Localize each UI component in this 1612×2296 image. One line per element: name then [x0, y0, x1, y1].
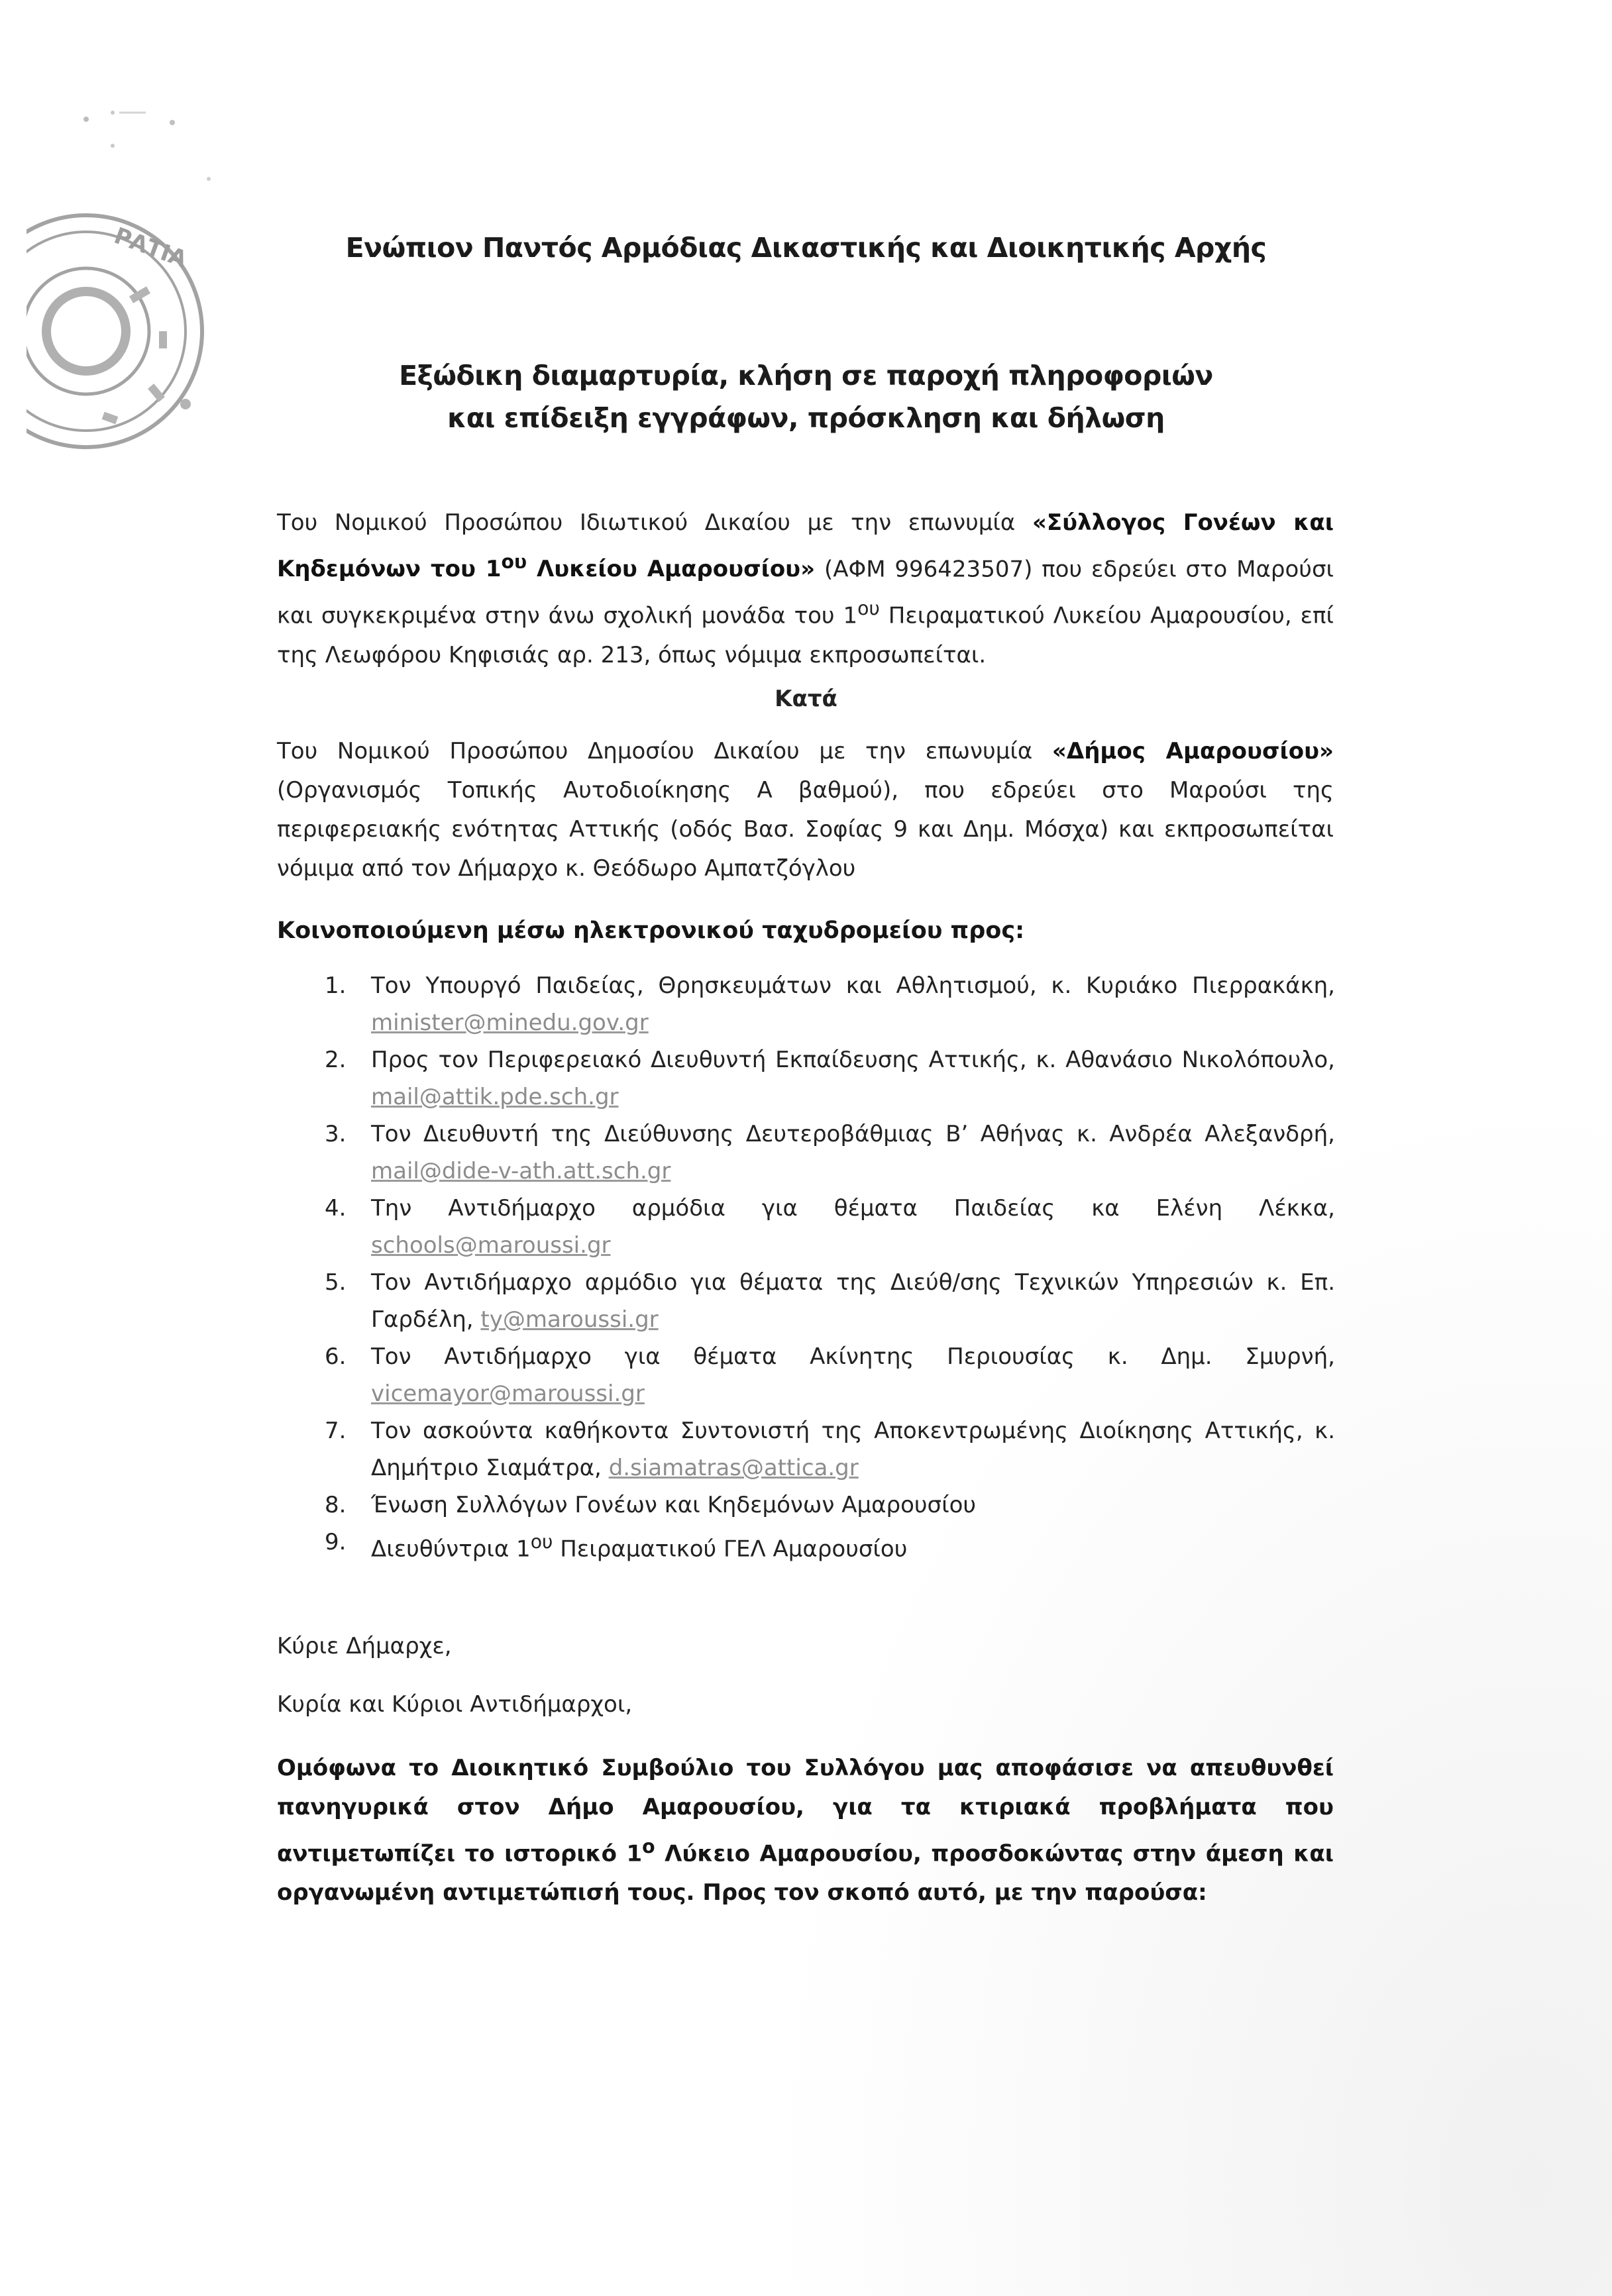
- recipient-item: 8.Ένωση Συλλόγων Γονέων και Κηδεμόνων Αμ…: [325, 1487, 1335, 1524]
- body-paragraph: Ομόφωνα το Διοικητικό Συμβούλιο του Συλλ…: [277, 1749, 1334, 1912]
- recipient-email-link[interactable]: vicemayor@maroussi.gr: [371, 1381, 645, 1407]
- recipient-item: 2.Προς τον Περιφερειακό Διευθυντή Εκπαίδ…: [325, 1041, 1335, 1116]
- superscript: ο: [642, 1836, 655, 1857]
- recipient-text: Διευθύντρια 1: [371, 1536, 531, 1562]
- heading-title-line-1: Εξώδικη διαμαρτυρία, κλήση σε παροχή πλη…: [0, 354, 1612, 397]
- salutation-mayor: Κύριε Δήμαρχε,: [277, 1633, 452, 1659]
- against-label: Κατά: [0, 686, 1612, 712]
- recipient-number: 8.: [325, 1487, 346, 1524]
- recipient-text: Ένωση Συλλόγων Γονέων και Κηδεμόνων Αμαρ…: [371, 1492, 976, 1518]
- defendant-post: (Οργανισμός Τοπικής Αυτοδιοίκησης Α βαθμ…: [277, 777, 1334, 882]
- recipient-number: 1.: [325, 967, 346, 1004]
- heading-authority: Ενώπιον Παντός Αρμόδιας Δικαστικής και Δ…: [0, 232, 1612, 264]
- plaintiff-paragraph: Του Νομικού Προσώπου Ιδιωτικού Δικαίου μ…: [277, 503, 1334, 675]
- defendant-pre: Του Νομικού Προσώπου Δημοσίου Δικαίου με…: [277, 738, 1052, 764]
- recipient-text: Τον Διευθυντή της Διεύθυνσης Δευτεροβάθμ…: [371, 1121, 1335, 1147]
- plaintiff-name-end: Λυκείου Αμαρουσίου»: [527, 556, 815, 582]
- recipient-text: Τον Αντιδήμαρχο για θέματα Ακίνητης Περι…: [371, 1343, 1335, 1370]
- recipient-item: 3.Τον Διευθυντή της Διεύθυνσης Δευτεροβά…: [325, 1116, 1335, 1190]
- recipient-email-link[interactable]: d.siamatras@attica.gr: [609, 1455, 859, 1481]
- recipient-number: 2.: [325, 1041, 346, 1078]
- recipient-text: Την Αντιδήμαρχο αρμόδια για θέματα Παιδε…: [371, 1195, 1335, 1222]
- superscript: ου: [502, 551, 527, 573]
- notify-title: Κοινοποιούμενη μέσω ηλεκτρονικού ταχυδρο…: [277, 917, 1024, 944]
- recipient-email-link[interactable]: mail@dide-v-ath.att.sch.gr: [371, 1158, 671, 1184]
- recipient-number: 3.: [325, 1116, 346, 1153]
- recipient-item: 7.Τον ασκούντα καθήκοντα Συντονιστή της …: [325, 1412, 1335, 1487]
- recipient-text: Προς τον Περιφερειακό Διευθυντή Εκπαίδευ…: [371, 1047, 1335, 1073]
- defendant-name: «Δήμος Αμαρουσίου»: [1052, 738, 1334, 764]
- heading-title-line-2: και επίδειξη εγγράφων, πρόσκληση και δήλ…: [0, 397, 1612, 439]
- heading-document-title: Εξώδικη διαμαρτυρία, κλήση σε παροχή πλη…: [0, 354, 1612, 439]
- recipient-email-link[interactable]: minister@minedu.gov.gr: [371, 1010, 649, 1036]
- scan-dust-marks: [73, 99, 272, 192]
- recipient-number: 7.: [325, 1412, 346, 1449]
- recipient-text-end: Πειραματικού ΓΕΛ Αμαρουσίου: [553, 1536, 907, 1562]
- recipient-item: 1.Τον Υπουργό Παιδείας, Θρησκευμάτων και…: [325, 967, 1335, 1041]
- recipient-text: Τον Υπουργό Παιδείας, Θρησκευμάτων και Α…: [371, 972, 1335, 999]
- document-page: ΡΑΤΙΑ Ενώπιον Παντός Αρμόδιας Δικαστικής…: [0, 0, 1612, 2296]
- salutation-deputy-mayors: Κυρία και Κύριοι Αντιδήμαρχοι,: [277, 1691, 632, 1718]
- recipient-email-link[interactable]: schools@maroussi.gr: [371, 1232, 611, 1259]
- defendant-paragraph: Του Νομικού Προσώπου Δημοσίου Δικαίου με…: [277, 732, 1334, 888]
- recipient-number: 6.: [325, 1338, 346, 1375]
- recipient-item: 9.Διευθύντρια 1ου Πειραματικού ΓΕΛ Αμαρο…: [325, 1524, 1335, 1567]
- recipient-item: 4.Την Αντιδήμαρχο αρμόδια για θέματα Παι…: [325, 1190, 1335, 1264]
- superscript: ου: [857, 598, 880, 619]
- recipient-email-link[interactable]: mail@attik.pde.sch.gr: [371, 1084, 619, 1110]
- recipient-number: 5.: [325, 1264, 346, 1301]
- recipient-email-link[interactable]: ty@maroussi.gr: [480, 1306, 658, 1333]
- recipient-item: 5.Τον Αντιδήμαρχο αρμόδιο για θέματα της…: [325, 1264, 1335, 1338]
- recipients-list: 1.Τον Υπουργό Παιδείας, Θρησκευμάτων και…: [325, 967, 1335, 1567]
- recipient-number: 9.: [325, 1524, 346, 1561]
- superscript: ου: [531, 1531, 553, 1553]
- recipient-number: 4.: [325, 1190, 346, 1227]
- plaintiff-pre: Του Νομικού Προσώπου Ιδιωτικού Δικαίου μ…: [277, 509, 1032, 536]
- recipient-item: 6.Τον Αντιδήμαρχο για θέματα Ακίνητης Πε…: [325, 1338, 1335, 1412]
